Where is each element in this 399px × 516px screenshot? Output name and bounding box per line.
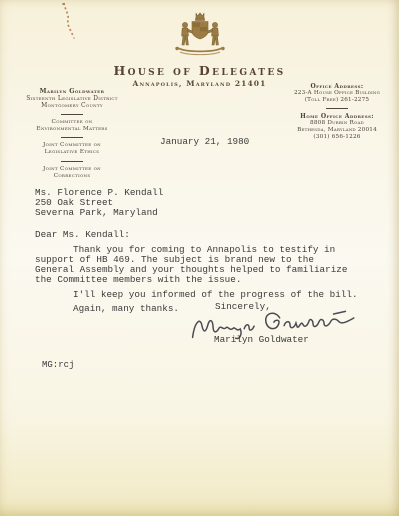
letter-page: House of Delegates Annapolis, Maryland 2…: [0, 0, 399, 516]
member-district: Sixteenth Legislative District: [6, 95, 138, 102]
committee-environmental-matters: Committee on Environmental Matters: [6, 119, 138, 133]
maryland-coat-of-arms-seal: [168, 12, 232, 62]
org-title: House of Delegates: [0, 63, 399, 78]
recipient-address: Ms. Florence P. Kendall 250 Oak Street S…: [35, 188, 387, 219]
divider-rule: [61, 137, 83, 138]
divider-rule: [61, 114, 83, 115]
home-office-address-lines: 8808 Durbin Road Bethesda, Maryland 2001…: [278, 120, 396, 141]
office-address-label: Office Address:: [278, 83, 396, 90]
member-name: Marilyn Goldwater: [6, 88, 138, 95]
body-paragraph: I'll keep you informed of the progress o…: [35, 290, 387, 300]
member-county: Montgomery County: [6, 102, 138, 109]
office-address-lines: 223-A House Office Building (Toll Free) …: [278, 90, 396, 104]
body-paragraph: Thank you for coming to Annapolis to tes…: [35, 245, 387, 286]
divider-rule: [61, 161, 83, 162]
committee-legislative-ethics: Joint Committee on Legislative Ethics: [6, 142, 138, 156]
reference-initials: MG:rcj: [42, 360, 74, 370]
salutation: Dear Ms. Kendall:: [35, 230, 387, 240]
typed-signature-name: Marilyn Goldwater: [214, 334, 309, 345]
letter-date: January 21, 1980: [160, 136, 249, 147]
office-block: Office Address: 223-A House Office Build…: [278, 83, 396, 141]
committee-corrections: Joint Committee on Corrections: [6, 166, 138, 180]
letter-body: Ms. Florence P. Kendall 250 Oak Street S…: [35, 188, 387, 314]
home-office-address-label: Home Office Address:: [278, 113, 396, 120]
stain-mark: [54, 1, 82, 41]
member-block: Marilyn Goldwater Sixteenth Legislative …: [6, 88, 138, 180]
divider-rule: [326, 108, 348, 109]
